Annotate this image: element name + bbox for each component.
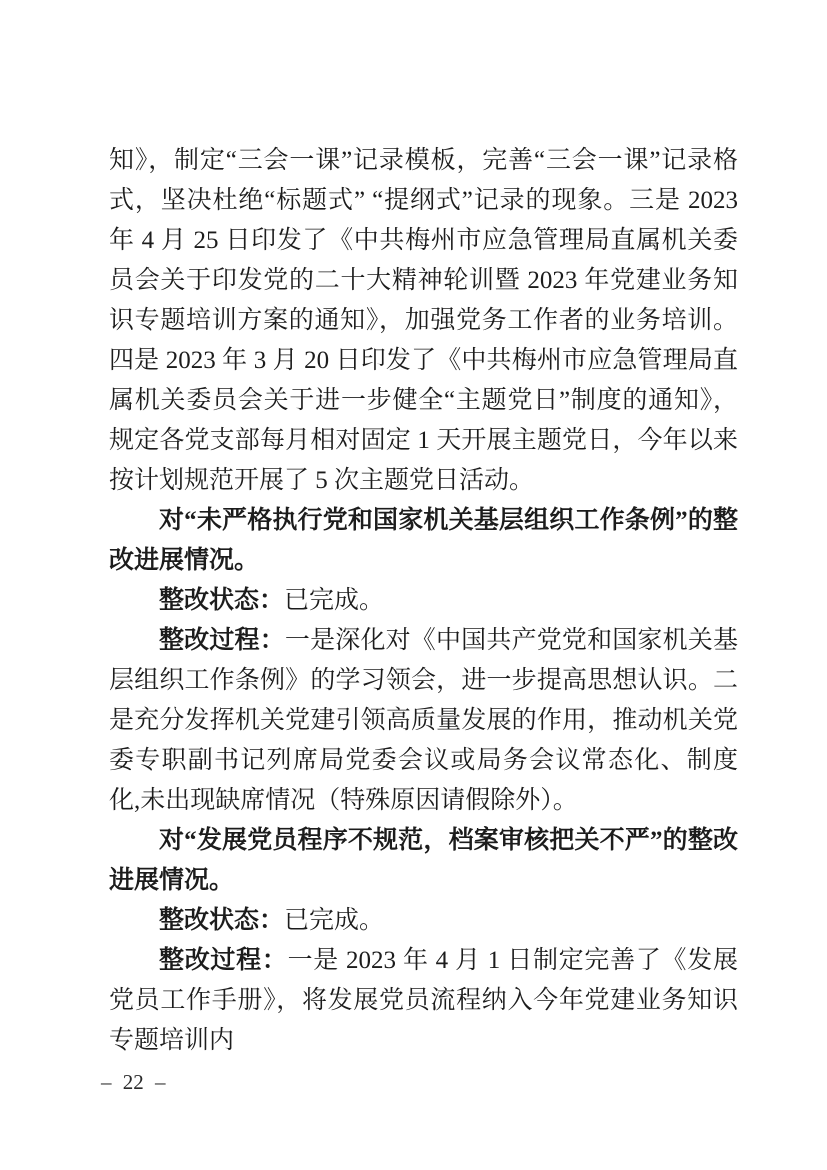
process-label-2: 整改过程： — [159, 947, 288, 974]
status-line-1: 整改状态：已完成。 — [109, 581, 738, 621]
status-line-2: 整改状态：已完成。 — [109, 901, 738, 941]
paragraph-continuation: 知》，制定“三会一课”记录模板，完善“三会一课”记录格式，坚决杜绝“标题式” “… — [109, 141, 738, 501]
process-label-1: 整改过程： — [159, 627, 285, 654]
page-number: – 22 – — [101, 1070, 166, 1094]
status-value-1: 已完成。 — [284, 587, 384, 614]
process-paragraph-1: 整改过程：一是深化对《中国共产党党和国家机关基层组织工作条例》的学习领会，进一步… — [109, 621, 738, 821]
heading-rectification-member-development: 对“发展党员程序不规范，档案审核把关不严”的整改进展情况。 — [109, 821, 738, 901]
document-text-block: 知》，制定“三会一课”记录模板，完善“三会一课”记录格式，坚决杜绝“标题式” “… — [109, 141, 738, 1061]
process-paragraph-2: 整改过程：一是 2023 年 4 月 1 日制定完善了《发展党员工作手册》，将发… — [109, 941, 738, 1061]
status-label-2: 整改状态： — [159, 907, 284, 934]
heading-rectification-grassroots-org: 对“未严格执行党和国家机关基层组织工作条例”的整改进展情况。 — [109, 501, 738, 581]
process-text-1: 一是深化对《中国共产党党和国家机关基层组织工作条例》的学习领会，进一步提高思想认… — [109, 627, 738, 814]
status-value-2: 已完成。 — [284, 907, 384, 934]
status-label-1: 整改状态： — [159, 587, 284, 614]
document-page: 知》，制定“三会一课”记录模板，完善“三会一课”记录格式，坚决杜绝“标题式” “… — [0, 0, 827, 1170]
